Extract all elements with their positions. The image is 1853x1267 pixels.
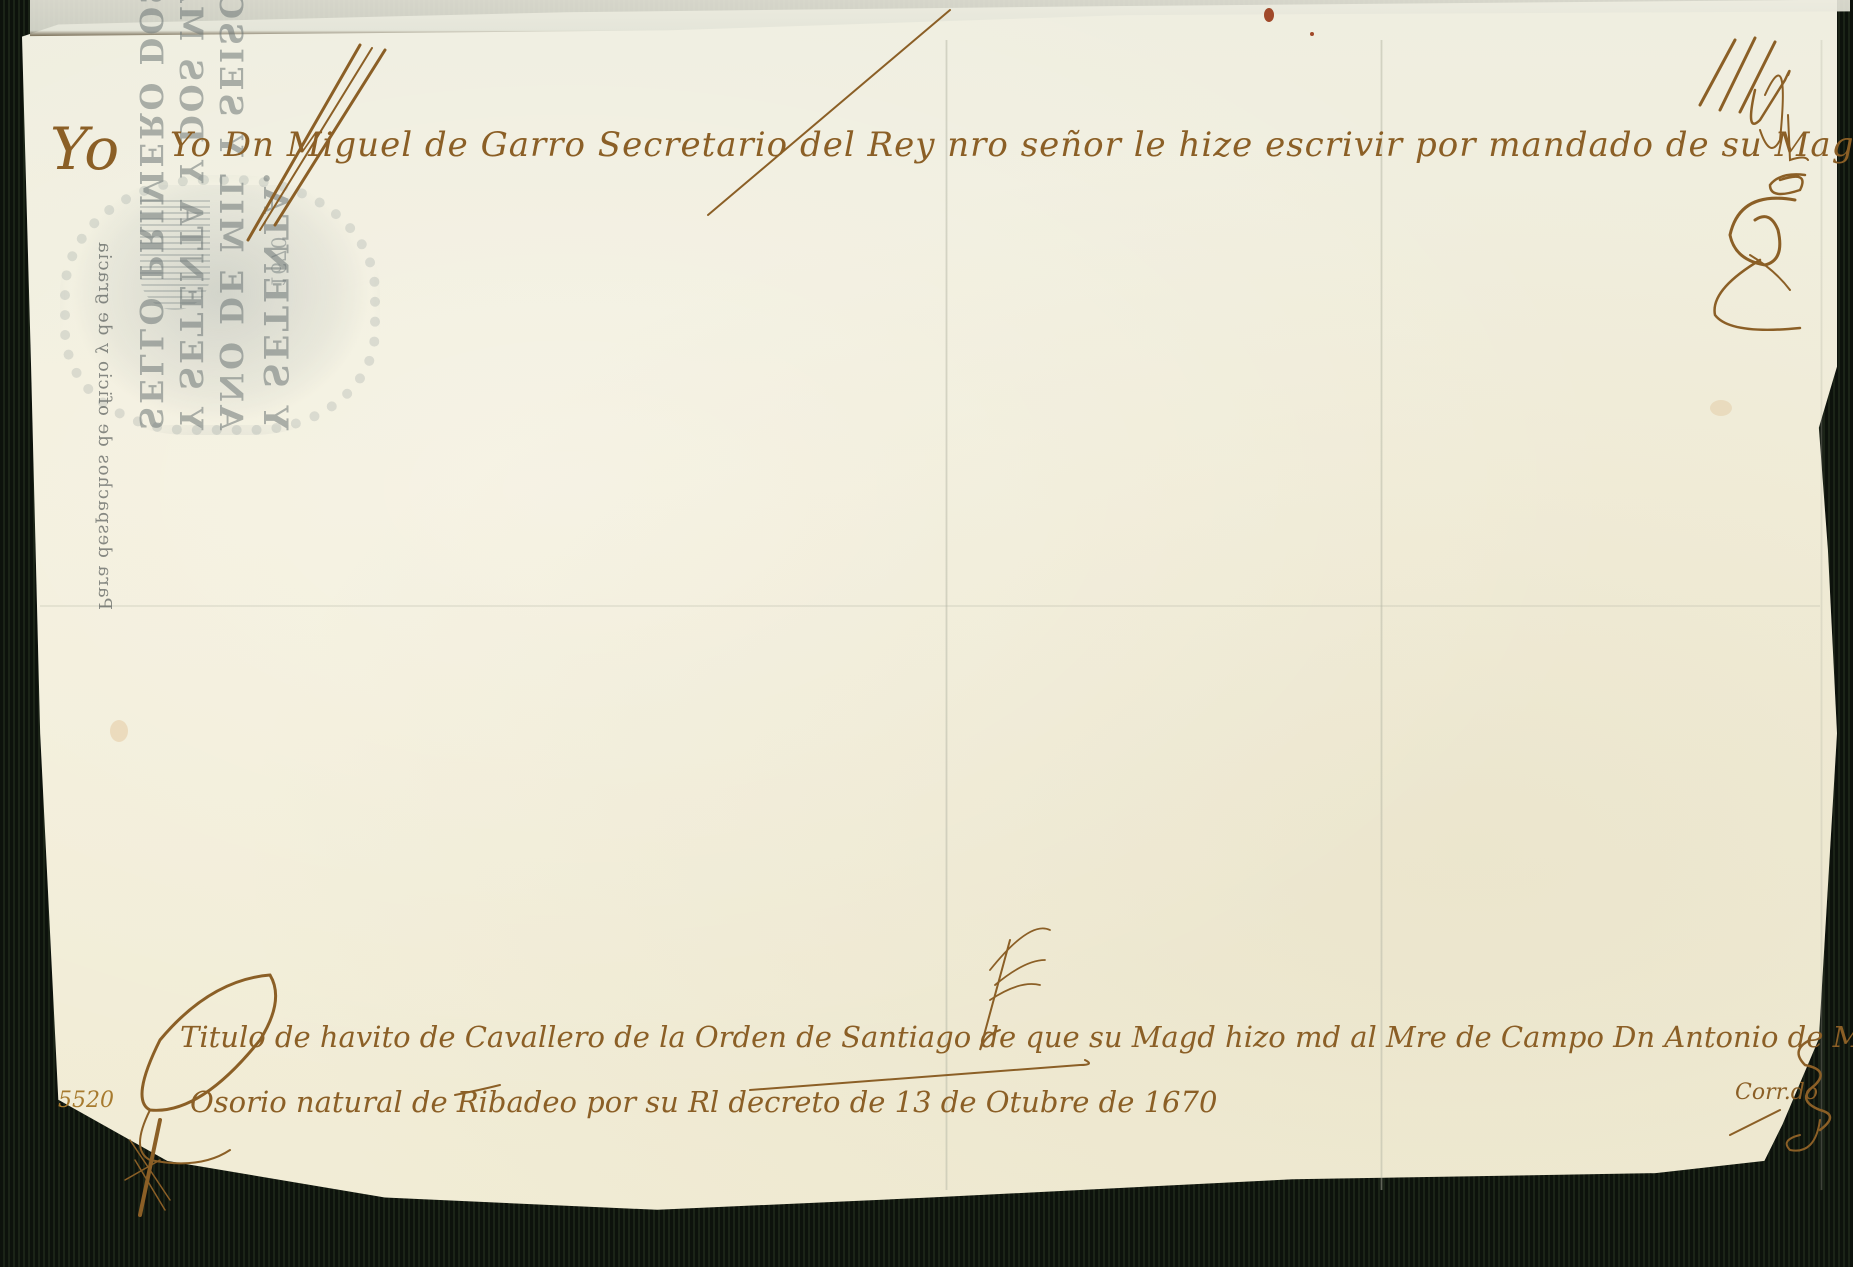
header-rubric-signature xyxy=(1700,60,1850,360)
header-flourishes xyxy=(0,0,1853,400)
foxing-stain xyxy=(110,720,128,742)
footer-flourishes xyxy=(0,900,1853,1160)
countersign-rubric xyxy=(1720,1030,1850,1160)
ink-stain xyxy=(1310,32,1314,36)
margin-note: 5520 xyxy=(58,1088,114,1113)
horizontal-crease xyxy=(40,605,1820,607)
foxing-stain xyxy=(1710,400,1732,416)
ink-stain xyxy=(1264,8,1274,22)
